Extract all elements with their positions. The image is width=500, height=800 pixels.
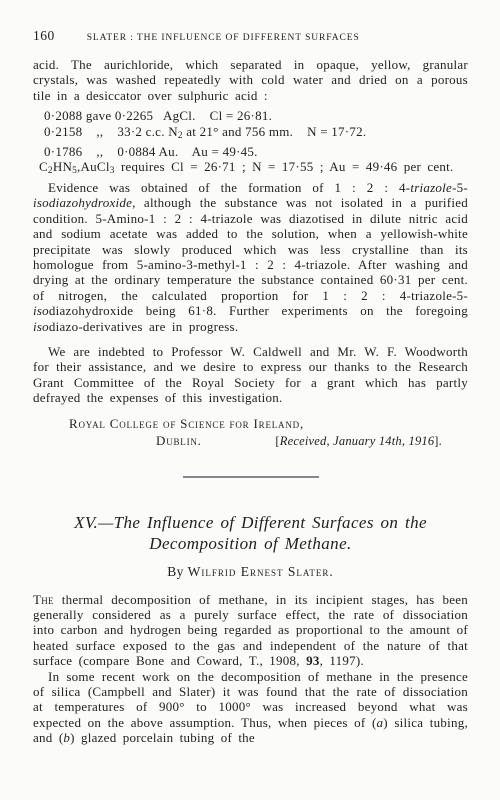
affiliation-block: Royal College of Science for Ireland, Du… [33,415,468,449]
journal-page: 160 SLATER : THE INFLUENCE OF DIFFERENT … [0,0,500,800]
formula-requires-line: C2HN5,AuCl3 requires Cl = 26·71 ; N = 17… [39,159,468,179]
byline-prefix: By [167,564,187,579]
received-note: [Received, January 14th, 1916]. [275,434,442,449]
affiliation-city-line: Dublin. [Received, January 14th, 1916]. [33,433,468,449]
analysis-line-agcl: 0·2088 gave 0·2265 AgCl. Cl = 26·81. [44,108,468,123]
analysis-line-nitrogen: 0·2158 ,, 33·2 c.c. N2 at 21° and 756 mm… [44,124,468,144]
institution-city: Dublin. [156,433,202,449]
article-separator-rule [183,476,319,478]
article-title: XV.—The Influence of Different Surfaces … [60,512,442,555]
paragraph-recent-work: In some recent work on the decomposition… [33,669,468,746]
page-header: 160 SLATER : THE INFLUENCE OF DIFFERENT … [33,28,468,44]
paragraph-evidence: Evidence was obtained of the formation o… [33,180,468,334]
institution-name: Royal College of Science for Ireland, [69,416,304,431]
running-title: SLATER : THE INFLUENCE OF DIFFERENT SURF… [87,33,360,43]
byline: By Wilfrid Ernest Slater. [33,564,468,580]
paragraph-aurichloride: acid. The aurichloride, which separated … [33,57,468,103]
analysis-line-gold: 0·1786 ,, 0·0884 Au. Au = 49·45. [44,144,468,159]
paragraph-intro: The thermal decomposition of methane, in… [33,592,468,669]
author-name: Wilfrid Ernest Slater. [188,564,334,579]
affiliation-institution-line: Royal College of Science for Ireland, [69,415,468,433]
paragraph-acknowledgement: We are indebted to Professor W. Caldwell… [33,344,468,406]
analysis-results: 0·2088 gave 0·2265 AgCl. Cl = 26·81. 0·2… [44,108,468,159]
page-number: 160 [33,28,55,44]
